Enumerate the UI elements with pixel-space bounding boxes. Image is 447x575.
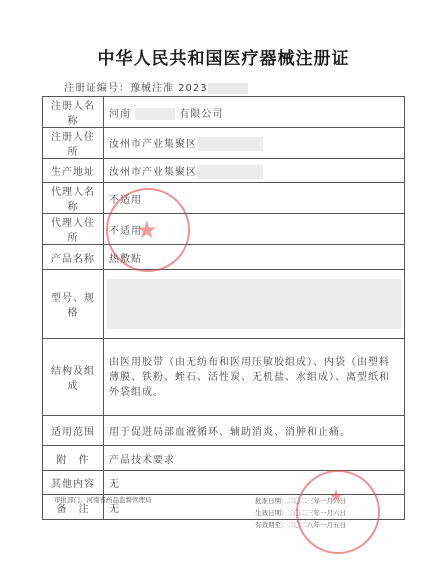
address-text: 汝州市产业集聚区 — [109, 167, 197, 178]
row-value: 河南 有限公司 — [104, 97, 405, 128]
row-label: 型号、规格 — [43, 270, 104, 339]
row-label: 其他内容 — [43, 471, 104, 495]
row-label: 结构及组成 — [43, 339, 104, 416]
redacted-block — [197, 165, 263, 179]
company-suffix: 有限公司 — [179, 109, 223, 120]
row-label: 附 件 — [43, 446, 104, 471]
table-row: 代理人名称 不适用 — [43, 183, 405, 214]
row-label: 代理人名称 — [43, 183, 104, 214]
row-value: 产品技术要求 — [104, 446, 405, 471]
star-icon: ★ — [328, 486, 344, 507]
registration-number-value: 豫械注准 2023 — [130, 83, 208, 94]
row-value: 汝州市产业集聚区 — [104, 128, 405, 159]
row-label: 注册人名称 — [43, 97, 104, 128]
registration-number: 注册证编号：豫械注准 2023 — [64, 79, 248, 94]
table-row: 注册人名称 河南 有限公司 — [43, 97, 405, 128]
row-value — [104, 270, 405, 339]
redacted-block — [197, 137, 263, 151]
redacted-block — [135, 108, 175, 120]
redacted-block — [208, 83, 248, 94]
table-row: 产品名称 热敷贴 — [43, 245, 405, 270]
table-row: 代理人住所 不适用 — [43, 214, 405, 245]
table-row: 适用范围 用于促进局部血液循环、辅助消炎、消肿和止痛。 — [43, 416, 405, 446]
certificate-table: 注册人名称 河南 有限公司 注册人住所 汝州市产业集聚区 生产地址 汝州市产业集… — [42, 96, 405, 520]
row-label: 注册人住所 — [43, 128, 104, 159]
table-row: 结构及组成 由医用胶带（由无纺布和医用压敏胶组成）、内袋（由塑料薄膜、铁粉、蛭石… — [43, 339, 405, 416]
address-text: 汝州市产业集聚区 — [109, 139, 197, 150]
row-value: 用于促进局部血液循环、辅助消炎、消肿和止痛。 — [104, 416, 405, 446]
approval-department: 审批部门：河南省药品监督管理局 — [54, 495, 152, 504]
row-label: 适用范围 — [43, 416, 104, 446]
row-label: 生产地址 — [43, 159, 104, 183]
star-icon: ★ — [136, 216, 158, 244]
table-row: 附 件 产品技术要求 — [43, 446, 405, 471]
row-value: 汝州市产业集聚区 — [104, 159, 405, 183]
registration-number-label: 注册证编号： — [64, 83, 130, 94]
table-row: 生产地址 汝州市产业集聚区 — [43, 159, 405, 183]
row-value: 由医用胶带（由无纺布和医用压敏胶组成）、内袋（由塑料薄膜、铁粉、蛭石、活性炭、无… — [104, 339, 405, 416]
table-row: 型号、规格 — [43, 270, 405, 339]
row-label: 产品名称 — [43, 245, 104, 270]
official-seal-stamp: ★ — [106, 188, 190, 272]
redacted-block — [107, 279, 401, 329]
registration-seal-stamp: ★ — [296, 470, 380, 554]
table-row: 注册人住所 汝州市产业集聚区 — [43, 128, 405, 159]
row-label: 代理人住所 — [43, 214, 104, 245]
document-title: 中华人民共和国医疗器械注册证 — [0, 44, 447, 69]
company-prefix: 河南 — [109, 109, 131, 120]
